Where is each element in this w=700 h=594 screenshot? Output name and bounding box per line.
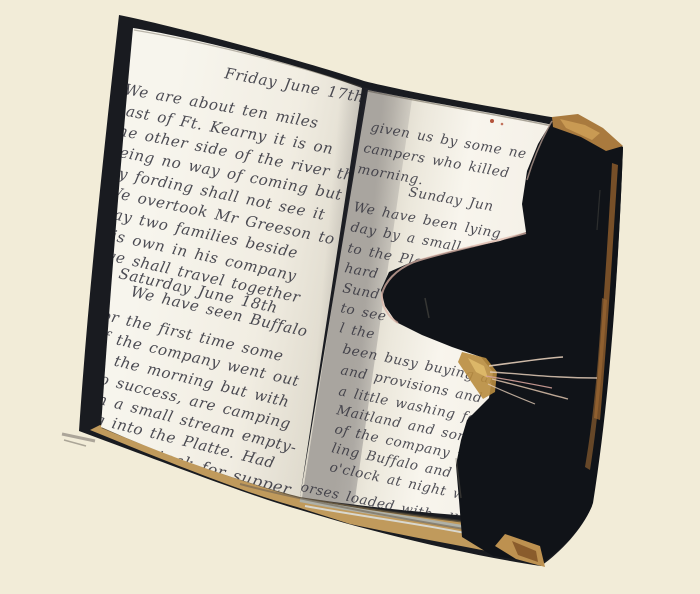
diary-photograph: Friday June 17th We are about ten miles …: [0, 0, 700, 594]
ink-speck: [501, 123, 504, 126]
ink-speck: [490, 119, 494, 123]
